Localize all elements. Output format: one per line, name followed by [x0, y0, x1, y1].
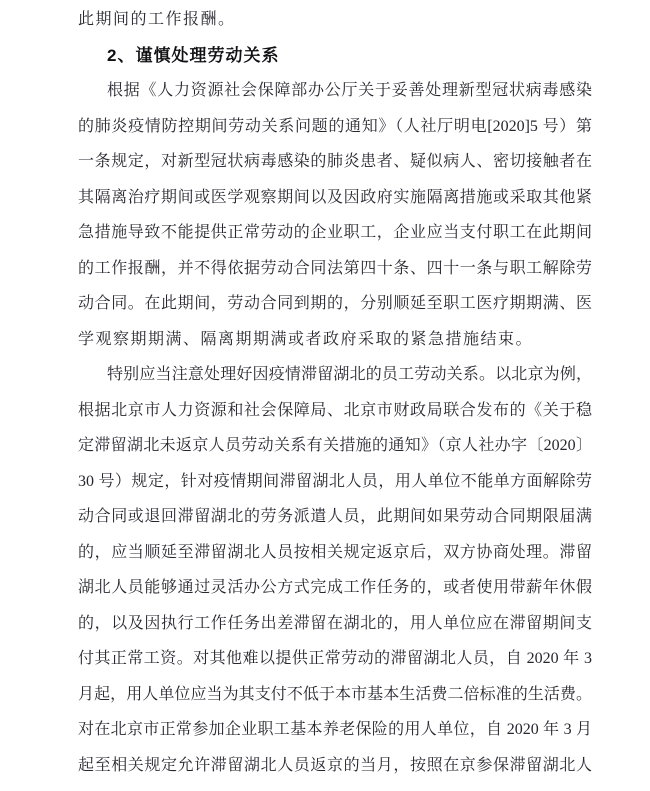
- paragraph-line: 动合同或退回滞留湖北的劳务派遣人员，此期间如果劳动合同期限届满: [78, 499, 592, 535]
- section-heading: 2、谨慎处理劳动关系: [78, 38, 592, 74]
- paragraph-line: 一条规定，对新型冠状病毒感染的肺炎患者、疑似病人、密切接触者在: [78, 144, 592, 180]
- paragraph-line: 的肺炎疫情防控期间劳动关系问题的通知》（人社厅明电[2020]5 号）第: [78, 109, 592, 145]
- paragraph-line: 急措施导致不能提供正常劳动的企业职工，企业应当支付职工在此期间: [78, 215, 592, 251]
- paragraph-line: 湖北人员能够通过灵活办公方式完成工作任务的，或者使用带薪年休假: [78, 570, 592, 606]
- paragraph-line: 其隔离治疗期间或医学观察期间以及因政府实施隔离措施或采取其他紧: [78, 180, 592, 216]
- document-page: 此期间的工作报酬。 2、谨慎处理劳动关系 根据《人力资源社会保障部办公厅关于妥善…: [0, 0, 650, 791]
- paragraph-line: 的工作报酬，并不得依据劳动合同法第四十条、四十一条与职工解除劳: [78, 251, 592, 287]
- paragraph-line: 定滞留湖北未返京人员劳动关系有关措施的通知》（京人社办字〔2020〕: [78, 428, 592, 464]
- paragraph-line: 30 号）规定，针对疫情期间滞留湖北人员，用人单位不能单方面解除劳: [78, 464, 592, 500]
- paragraph-line: 付其正常工资。对其他难以提供正常劳动的滞留湖北人员，自 2020 年 3: [78, 641, 592, 677]
- intro-text-line: 此期间的工作报酬。: [78, 2, 592, 38]
- paragraph-line: 特别应当注意处理好因疫情滞留湖北的员工劳动关系。以北京为例，: [78, 357, 592, 393]
- text-column: 此期间的工作报酬。 2、谨慎处理劳动关系 根据《人力资源社会保障部办公厅关于妥善…: [78, 2, 592, 783]
- paragraph-line: 的，应当顺延至滞留湖北人员按相关规定返京后，双方协商处理。滞留: [78, 535, 592, 571]
- paragraph-line: 对在北京市正常参加企业职工基本养老保险的用人单位，自 2020 年 3 月: [78, 712, 592, 748]
- paragraph-line: 根据北京市人力资源和社会保障局、北京市财政局联合发布的《关于稳: [78, 393, 592, 429]
- paragraph-line: 动合同。在此期间，劳动合同到期的，分别顺延至职工医疗期期满、医: [78, 286, 592, 322]
- paragraph-line: 学观察期期满、隔离期期满或者政府采取的紧急措施结束。: [78, 322, 592, 358]
- paragraph-line: 起至相关规定允许滞留湖北人员返京的当月，按照在京参保滞留湖北人: [78, 748, 592, 784]
- paragraph-line: 根据《人力资源社会保障部办公厅关于妥善处理新型冠状病毒感染: [78, 73, 592, 109]
- paragraph-line: 的，以及因执行工作任务出差滞留在湖北的，用人单位应在滞留期间支: [78, 606, 592, 642]
- paragraph-line: 月起，用人单位应当为其支付不低于本市基本生活费二倍标准的生活费。: [78, 677, 592, 713]
